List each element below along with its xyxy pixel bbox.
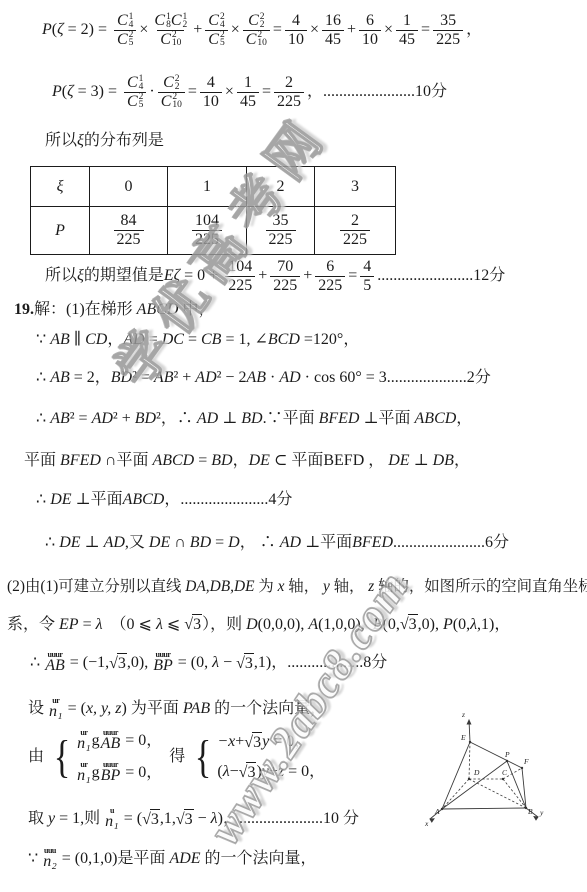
vector-base: n₁	[105, 814, 119, 831]
italic-token: AD	[123, 330, 144, 350]
text-token: = 0，	[121, 731, 162, 751]
text-line-ad-perp-bfed: ∴ DE ⊥ AD,又 DE ∩ BD = D， ∴ AD ⊥平面BFED...…	[45, 533, 509, 553]
fraction-numerator: 4	[360, 258, 374, 276]
text-token: 为	[255, 577, 278, 596]
vector-base: AB	[45, 658, 65, 675]
text-line-part2-setup: (2)由(1)可建立分别以直线 DA,DB,DE 为 x 轴， y 轴， z 轴…	[7, 577, 587, 596]
fraction-token: 70225	[270, 258, 300, 294]
fraction-denominator: 225	[225, 276, 255, 295]
text-token: ∴	[36, 490, 50, 510]
fraction-token: 1645	[322, 12, 344, 48]
fraction-denominator: 225	[315, 276, 345, 295]
italic-token: AD	[197, 409, 218, 429]
italic-token: y	[262, 762, 269, 782]
fraction-numerator: 35	[437, 12, 459, 30]
fraction-denominator: 10	[359, 30, 381, 49]
text-token: 6	[326, 258, 334, 275]
text-token: −	[219, 653, 236, 673]
italic-token: DE	[50, 490, 71, 510]
fraction-denominator: C210	[158, 92, 185, 111]
radicand: 3	[252, 732, 262, 753]
table-cell-p-label: P	[31, 207, 90, 255]
equation-system: {−x+√3y = 0，(λ−√3)y+z = 0，	[192, 732, 325, 783]
point-label-B: B	[528, 807, 533, 816]
fraction-numerator: C22	[160, 74, 182, 92]
subscript: 5	[139, 101, 144, 109]
subscript: 10	[172, 39, 182, 47]
radicand: 3	[117, 653, 127, 674]
fraction-token: C18C12C210	[151, 12, 190, 48]
p-symbol: P	[55, 222, 65, 239]
italic-token: EP	[59, 615, 79, 635]
text-token: =120°，	[300, 330, 359, 350]
italic-token: P	[42, 20, 52, 40]
text-token: ) 为平面	[121, 699, 182, 719]
text-token: ·	[266, 368, 279, 388]
sqrt-token: √3	[176, 809, 194, 830]
text-token: 35	[440, 12, 456, 29]
table-row: P 84225 104225 35225 2225	[31, 207, 396, 255]
fraction-token: 104225	[225, 258, 255, 294]
combination-scripts: 22	[260, 13, 265, 29]
text-token: 45	[399, 31, 415, 48]
fraction-numerator: 1	[400, 12, 414, 30]
combination-token: C25	[208, 31, 224, 49]
text-token: 的期望值是	[84, 266, 164, 286]
combination-base: C	[208, 31, 219, 49]
text-token: ⊂ 平面BEFD ，	[270, 451, 388, 471]
subscript: 2	[260, 21, 265, 29]
italic-token: P	[443, 615, 453, 635]
subscript: 4	[139, 83, 144, 91]
combination-token: C18	[154, 12, 170, 30]
combination-token: C22	[248, 12, 264, 30]
combination-base: C	[160, 31, 171, 49]
formula-line-expectation: 所以ξ的期望值是Eζ = 0 + 104225+70225+6225=45...…	[45, 258, 505, 294]
text-token: 10	[288, 31, 304, 48]
text-token: =	[211, 533, 228, 553]
fraction-denominator: 225	[433, 30, 463, 49]
text-token: =	[184, 330, 201, 350]
italic-token: λ	[96, 615, 103, 635]
text-token: ∥	[70, 330, 85, 350]
text-line-distribution-intro: 所以ξ的分布列是	[45, 131, 164, 151]
text-token: = 3) =	[74, 82, 121, 102]
text-token: ∴	[36, 368, 50, 388]
text-token: 1	[244, 74, 252, 91]
combination-base: C	[117, 12, 128, 30]
fraction-denominator: 45	[322, 30, 344, 49]
combination-base: C	[127, 93, 138, 111]
text-token: ⊥平面	[301, 533, 352, 553]
system-row: urn₁guuurAB = 0，	[76, 730, 162, 753]
combination-base: C	[171, 12, 182, 30]
distribution-table: ξ 0 1 2 3 P 84225 104225 35225 2225	[30, 166, 396, 255]
fraction-numerator: 4	[289, 12, 303, 30]
fraction-token: 410	[200, 74, 222, 110]
italic-token: −x	[217, 732, 235, 752]
point-label-E: E	[460, 733, 466, 742]
text-token: 225	[277, 93, 301, 110]
fraction-denominator: C25	[124, 92, 146, 111]
text-token: (0,0,0),	[258, 615, 309, 635]
italic-token: ABCD	[137, 300, 179, 320]
italic-token: x	[278, 577, 285, 596]
italic-token: λ	[223, 762, 230, 782]
text-token: 由	[28, 747, 48, 767]
combination-token: C22	[163, 74, 179, 92]
vector-token: urn₁	[49, 698, 63, 721]
formula-line-coordinates: 系，令 EP = λ （0 ⩽ λ ⩽ √3），则 D(0,0,0), A(1,…	[7, 614, 510, 635]
fraction-numerator: C14	[114, 12, 136, 30]
subscript: 5	[220, 39, 225, 47]
vector-token: uuun₂	[43, 848, 57, 871]
formula-line-perp-ad-bd: ∴ AB² = AD² + BD²，∴ AD ⊥ BD.∵平面 BFED ⊥平面…	[36, 409, 472, 429]
text-token: ∩平面	[101, 451, 153, 471]
radicand: 3	[150, 809, 160, 830]
sqrt-token: √3	[239, 762, 257, 783]
text-token: =	[79, 615, 96, 635]
fraction-numerator: 2	[282, 74, 296, 92]
text-token: ,1,	[160, 809, 176, 829]
text-token: −	[194, 809, 211, 829]
vector-base: n₁	[77, 768, 91, 785]
equation-system: {urn₁guuurAB = 0，urn₁guuurBP = 0，	[51, 730, 162, 785]
italic-token: BFED	[319, 409, 360, 429]
text-token: ² +	[173, 368, 195, 388]
text-token: = (	[64, 699, 86, 719]
vector-token: uuurAB	[45, 652, 65, 675]
axis-label-z: z	[461, 710, 465, 719]
text-token: ,1)，	[477, 615, 510, 635]
fraction-token: 35225	[433, 12, 463, 48]
text-token: 225	[228, 277, 252, 294]
exam-solution-page: 学优高考网 www.2abc8.com P(ζ = 2) = C14C25×C1…	[0, 0, 587, 892]
italic-token: DB	[433, 451, 454, 471]
fraction-numerator: 104	[192, 212, 222, 230]
fraction-denominator: C25	[114, 30, 136, 49]
text-token: ...................2分	[391, 368, 491, 388]
table-cell-xi-label: ξ	[31, 167, 90, 207]
text-token: ×	[225, 82, 234, 102]
fraction-numerator: 16	[322, 12, 344, 30]
combination-base: C	[154, 12, 165, 30]
italic-token: ξ	[77, 266, 84, 286]
vector-base: n₂	[43, 854, 57, 871]
italic-token: P	[52, 82, 62, 102]
italic-token: D	[228, 533, 240, 553]
italic-token: BD	[111, 368, 132, 388]
text-token: 104	[228, 258, 252, 275]
text-token: 的一个法向量，	[210, 699, 326, 719]
text-token: g	[92, 763, 100, 783]
formula-line-p-zeta-3: P(ζ = 3) = C14C25·C22C210=410×145=2225，.…	[52, 74, 447, 110]
system-rows: urn₁guuurAB = 0，urn₁guuurBP = 0，	[76, 730, 162, 785]
subscript: 4	[129, 21, 134, 29]
text-token: +	[235, 732, 244, 752]
fraction-numerator: C22	[245, 12, 267, 30]
combination-scripts: 210	[172, 31, 182, 47]
text-line-given-conditions: ∵ AB ∥ CD，AD = DC = CB = 1, ∠BCD =120°，	[36, 330, 359, 350]
text-token: =	[145, 330, 162, 350]
fraction-numerator: C24	[205, 12, 227, 30]
subscript: 2	[183, 21, 188, 29]
point-label-D: D	[473, 768, 480, 777]
sqrt-token: √3	[244, 732, 262, 753]
subscript: 2	[175, 83, 180, 91]
text-token: ∩	[170, 533, 190, 553]
table-cell-xi-0: 0	[90, 167, 168, 207]
text-token: 70	[277, 258, 293, 275]
formula-line-p-zeta-2: P(ζ = 2) = C14C25×C18C12C210+C24C25×C22C…	[42, 12, 482, 48]
text-token: 轴，	[284, 577, 322, 596]
italic-token: DE	[149, 533, 170, 553]
fraction-token: C14C25	[124, 74, 146, 110]
text-token: ² =	[132, 368, 154, 388]
fraction-token: C22C210	[158, 74, 185, 110]
combination-scripts: 14	[129, 13, 134, 29]
combination-scripts: 25	[139, 93, 144, 109]
vector-base: BP	[153, 658, 173, 675]
subscript: 4	[220, 21, 225, 29]
fraction-numerator: 84	[118, 212, 140, 230]
text-line-problem-19: 19.解：(1)在梯形 ABCD 中，	[14, 300, 214, 320]
italic-token: AD	[92, 409, 113, 429]
italic-token: BFED	[352, 533, 393, 553]
subscript: 10	[172, 101, 182, 109]
italic-token: AD	[280, 533, 301, 553]
combination-base: C	[163, 74, 174, 92]
text-token: （0 ⩽	[103, 615, 156, 635]
formula-line-n1-result: 取 y = 1,则 un₁ = (√3,1,√3 − λ)，..........…	[28, 808, 359, 831]
fraction-denominator: 10	[200, 92, 222, 111]
subscript: 5	[129, 39, 134, 47]
italic-token: Eζ	[164, 266, 180, 286]
text-token: ×	[231, 20, 240, 40]
text-token: ⊥	[410, 451, 433, 471]
figure-solid-edges	[430, 720, 538, 822]
text-token: 4	[292, 12, 300, 29]
text-token: = 0，	[269, 732, 310, 752]
fraction-denominator: 10	[285, 30, 307, 49]
fraction-denominator: C210	[157, 30, 184, 49]
italic-token: ABCD	[123, 490, 165, 510]
space-coordinate-figure: z x y E D C P F A B	[424, 692, 587, 842]
axis-label-x: x	[424, 819, 429, 828]
text-token: =	[262, 82, 271, 102]
italic-token: y	[323, 577, 330, 596]
italic-token: ABCD	[415, 409, 457, 429]
text-token: 5	[363, 277, 371, 294]
combination-base: C	[127, 74, 138, 92]
fraction-token: 2225	[274, 74, 304, 110]
italic-token: DE	[388, 451, 409, 471]
text-line-normal-vector-setup: 设 urn₁ = (x, y, z) 为平面 PAB 的一个法向量，	[28, 698, 326, 721]
text-token: 取	[28, 809, 48, 829]
fraction-denominator: C210	[243, 30, 270, 49]
formula-line-equation-system: 由 {urn₁guuurAB = 0，urn₁guuurBP = 0， 得 {−…	[28, 730, 328, 785]
text-token: 轴的，如图所示的空间直角坐标	[374, 577, 587, 596]
table-cell-p-0: 84225	[90, 207, 168, 255]
italic-token: CB	[201, 330, 221, 350]
vector-base: BP	[101, 768, 121, 785]
fraction-denominator: 225	[340, 230, 370, 249]
combination-token: C25	[127, 93, 143, 111]
text-token: = (	[120, 809, 142, 829]
fraction-token: 410	[285, 12, 307, 48]
text-token: =	[188, 82, 197, 102]
text-token: 10	[203, 93, 219, 110]
italic-token: BD	[135, 409, 156, 429]
sqrt-token: √3	[236, 653, 254, 674]
vector-token: uuurAB	[101, 730, 121, 753]
vector-token: un₁	[105, 808, 119, 831]
combination-scripts: 210	[172, 93, 182, 109]
italic-token: AB	[246, 368, 266, 388]
radicand: 3	[184, 809, 194, 830]
combination-token: C14	[127, 74, 143, 92]
text-token: 平面	[24, 451, 60, 471]
italic-token: ξ	[77, 131, 84, 151]
combination-scripts: 210	[257, 31, 267, 47]
text-token: 225	[436, 31, 460, 48]
text-token: ，......................4分	[164, 490, 292, 510]
vector-token: uuurBP	[153, 652, 173, 675]
point-label-F: F	[523, 757, 529, 766]
combination-token: C210	[161, 93, 182, 111]
text-token: = 2，	[70, 368, 111, 388]
fraction-token: C14C25	[114, 12, 136, 48]
fraction-denominator: 225	[274, 92, 304, 111]
text-token: .∵平面	[263, 409, 319, 429]
fraction-numerator: 2	[348, 212, 362, 230]
italic-token: y	[48, 809, 55, 829]
italic-token: BFED	[60, 451, 101, 471]
combination-scripts: 25	[129, 31, 134, 47]
vector-token: urn₁	[77, 762, 91, 785]
sqrt-token: √3	[109, 653, 127, 674]
text-token: = 1, ∠	[221, 330, 267, 350]
combination-token: C14	[117, 12, 133, 30]
fraction-numerator: 1	[241, 74, 255, 92]
text-line-plane-intersection: 平面 BFED ∩平面 ABCD = BD，DE ⊂ 平面BEFD ， DE ⊥…	[24, 451, 470, 471]
fraction-numerator: 104	[225, 258, 255, 276]
fraction-token: 45	[360, 258, 374, 294]
italic-token: DE	[59, 533, 80, 553]
text-token: +	[347, 20, 356, 40]
point-label-P: P	[504, 750, 510, 759]
text-token: ²，∴	[156, 409, 197, 429]
text-token: = 0，	[121, 763, 162, 783]
text-token: 1	[403, 12, 411, 29]
italic-token: ABCD	[152, 451, 194, 471]
fraction-denominator: 45	[237, 92, 259, 111]
text-token: ,0),	[418, 615, 443, 635]
text-token: ,1)，...................8分	[254, 653, 387, 673]
fraction-denominator: 225	[270, 276, 300, 295]
table-cell-p-1: 104225	[168, 207, 247, 255]
italic-token: DE	[249, 451, 270, 471]
combination-scripts: 25	[220, 31, 225, 47]
fraction-denominator: 5	[360, 276, 374, 295]
italic-token: y	[262, 732, 269, 752]
vector-token: uuurBP	[101, 762, 121, 785]
italic-token: AB	[50, 330, 70, 350]
italic-token: AB	[50, 409, 70, 429]
table-cell-xi-1: 1	[168, 167, 247, 207]
text-token: .......................6分	[393, 533, 509, 553]
text-token: ⊥平面	[359, 409, 414, 429]
italic-token: λ	[211, 809, 218, 829]
text-token: ⊥	[81, 533, 104, 553]
italic-token: D	[246, 615, 258, 635]
vector-base: n₁	[49, 704, 63, 721]
text-token: ,0),	[127, 653, 152, 673]
text-token: +	[269, 762, 278, 782]
text-token: = (−1,	[66, 653, 109, 673]
combination-base: C	[117, 31, 128, 49]
italic-token: BD	[211, 451, 232, 471]
text-token: =	[273, 20, 282, 40]
fraction-denominator: 45	[396, 30, 418, 49]
fraction-numerator: C14	[124, 74, 146, 92]
text-token: ·	[149, 82, 154, 102]
text-token: =	[421, 20, 430, 40]
text-token: ⩽	[163, 615, 184, 635]
italic-token: λ	[156, 615, 163, 635]
system-brace: {	[54, 735, 71, 779]
text-token: ² +	[113, 409, 135, 429]
italic-token: ADE	[169, 849, 200, 869]
radicand: 3	[192, 614, 202, 635]
text-token: 16	[325, 12, 341, 29]
combination-base: C	[161, 93, 172, 111]
text-token: )，.....................10 分	[218, 809, 359, 829]
text-line-de-perp-abcd: ∴ DE ⊥平面ABCD，......................4分	[36, 490, 292, 510]
figure-dashed-edges	[442, 742, 526, 809]
text-token: (2)由(1)可建立分别以直线	[7, 577, 185, 596]
text-token: =	[348, 266, 357, 286]
text-token: ⊥平面	[72, 490, 123, 510]
formula-line-cosine-rule: ∴ AB = 2，BD² = AB² + AD² − 2AB · AD · co…	[36, 368, 491, 388]
axis-label-y: y	[539, 808, 544, 817]
text-token: ∴	[45, 533, 59, 553]
system-row: (λ−√3)y+z = 0，	[217, 762, 325, 783]
fraction-denominator: 225	[114, 230, 144, 249]
italic-token: x, y, z	[86, 699, 122, 719]
table-cell-xi-2: 2	[247, 167, 315, 207]
text-token: 所以	[45, 266, 77, 286]
table-cell-p-3: 2225	[315, 207, 396, 255]
italic-token: AB	[50, 368, 70, 388]
text-token: = 1,则	[55, 809, 104, 829]
text-token: ，	[456, 409, 472, 429]
combination-base: C	[208, 12, 219, 30]
fraction-denominator: C25	[205, 30, 227, 49]
italic-token: BD	[190, 533, 211, 553]
radicand: 3	[246, 762, 256, 783]
formula-line-vectors: ∴ uuurAB = (−1,√3,0), uuurBP = (0, λ − √…	[30, 652, 387, 675]
combination-scripts: 24	[220, 13, 225, 29]
text-token: ∴	[30, 653, 44, 673]
combination-token: C210	[246, 31, 267, 49]
text-token: = 0，	[284, 762, 325, 782]
text-token: 10	[362, 31, 378, 48]
text-token: ² =	[70, 409, 92, 429]
italic-token: B	[373, 615, 383, 635]
fraction-numerator: 4	[204, 74, 218, 92]
text-token: ² − 2	[217, 368, 247, 388]
